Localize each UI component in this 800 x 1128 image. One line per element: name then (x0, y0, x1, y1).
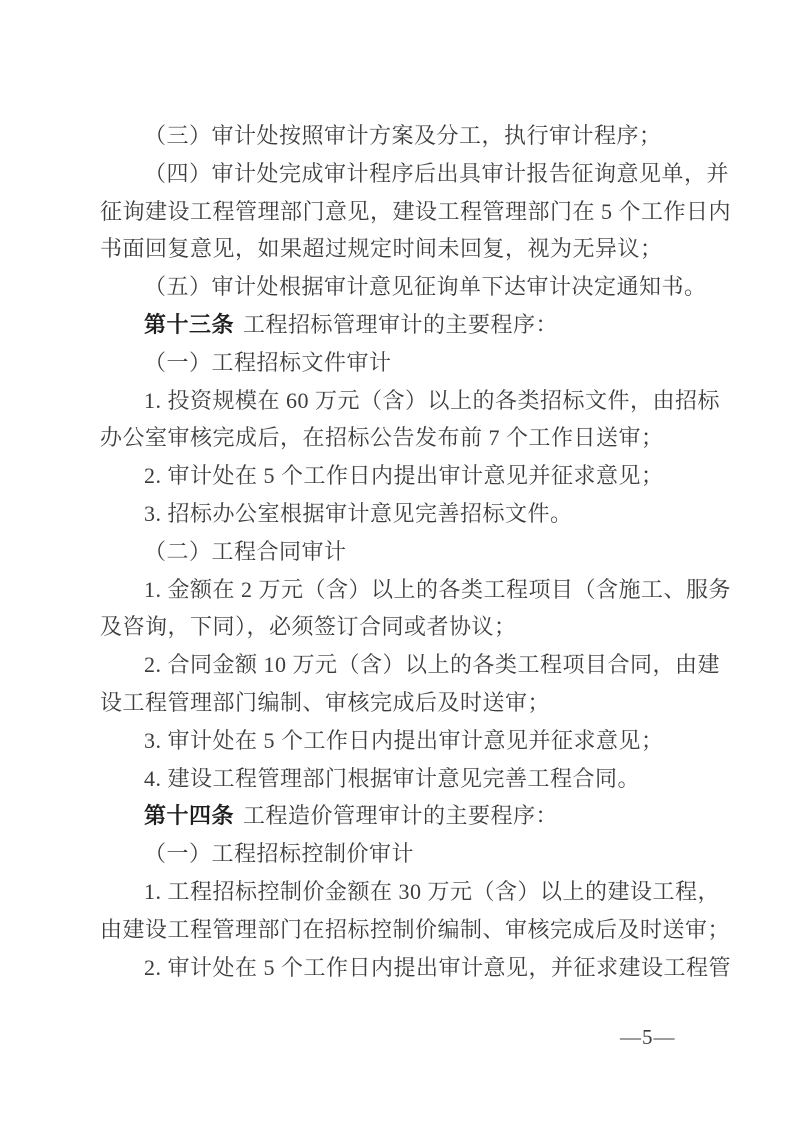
document-body: （三）审计处按照审计方案及分工，执行审计程序；（四）审计处完成审计程序后出具审计… (100, 117, 714, 986)
line-text: 工程造价管理审计的主要程序： (243, 803, 558, 828)
text-line: （三）审计处按照审计方案及分工，执行审计程序； (100, 117, 714, 155)
line-text: （五）审计处根据审计意见征询单下达审计决定通知书。 (144, 274, 707, 299)
text-line: 由建设工程管理部门在招标控制价编制、审核完成后及时送审； (100, 911, 714, 949)
text-line: 设工程管理部门编制、审核完成后及时送审； (100, 684, 714, 722)
article-number: 第十四条 (144, 803, 234, 828)
text-line: 办公室审核完成后，在招标公告发布前 7 个工作日送审； (100, 419, 714, 457)
line-text: （一）工程招标文件审计 (144, 350, 392, 375)
article-heading-line: 第十三条工程招标管理审计的主要程序： (100, 306, 714, 344)
line-text: 及咨询，下同），必须签订合同或者协议； (100, 614, 517, 639)
line-text: （三）审计处按照审计方案及分工，执行审计程序； (144, 123, 662, 148)
document-page: （三）审计处按照审计方案及分工，执行审计程序；（四）审计处完成审计程序后出具审计… (0, 0, 800, 1128)
text-line: （一）工程招标控制价审计 (100, 835, 714, 873)
text-line: 2. 审计处在 5 个工作日内提出审计意见，并征求建设工程管 (100, 949, 714, 987)
text-line: 及咨询，下同），必须签订合同或者协议； (100, 608, 714, 646)
text-line: 2. 合同金额 10 万元（含）以上的各类工程项目合同，由建 (100, 646, 714, 684)
line-text: 书面回复意见，如果超过规定时间未回复，视为无异议； (100, 236, 663, 261)
text-line: （五）审计处根据审计意见征询单下达审计决定通知书。 (100, 268, 714, 306)
text-line: 4. 建设工程管理部门根据审计意见完善工程合同。 (100, 760, 714, 798)
line-text: 办公室审核完成后，在招标公告发布前 7 个工作日送审； (100, 425, 664, 450)
article-heading-line: 第十四条工程造价管理审计的主要程序： (100, 797, 714, 835)
line-text: （二）工程合同审计 (144, 539, 347, 564)
text-line: 1. 金额在 2 万元（含）以上的各类工程项目（含施工、服务 (100, 571, 714, 609)
line-text: 3. 审计处在 5 个工作日内提出审计意见并征求意见； (144, 728, 664, 753)
line-text: （四）审计处完成审计程序后出具审计报告征询意见单，并 (144, 161, 729, 186)
text-line: 1. 投资规模在 60 万元（含）以上的各类招标文件，由招标 (100, 382, 714, 420)
article-number: 第十三条 (144, 312, 234, 337)
text-line: （二）工程合同审计 (100, 533, 714, 571)
text-line: （一）工程招标文件审计 (100, 344, 714, 382)
page-footer: —5— (620, 1025, 676, 1050)
line-text: （一）工程招标控制价审计 (144, 841, 414, 866)
page-number: —5— (620, 1025, 676, 1049)
text-line: （四）审计处完成审计程序后出具审计报告征询意见单，并 (100, 155, 714, 193)
line-text: 2. 审计处在 5 个工作日内提出审计意见并征求意见； (144, 463, 664, 488)
line-text: 征询建设工程管理部门意见，建设工程管理部门在 5 个工作日内 (100, 199, 731, 224)
text-line: 3. 审计处在 5 个工作日内提出审计意见并征求意见； (100, 722, 714, 760)
line-text: 2. 合同金额 10 万元（含）以上的各类工程项目合同，由建 (144, 652, 720, 677)
line-text: 1. 金额在 2 万元（含）以上的各类工程项目（含施工、服务 (144, 577, 731, 602)
line-text: 设工程管理部门编制、审核完成后及时送审； (100, 690, 550, 715)
text-line: 2. 审计处在 5 个工作日内提出审计意见并征求意见； (100, 457, 714, 495)
text-line: 征询建设工程管理部门意见，建设工程管理部门在 5 个工作日内 (100, 193, 714, 231)
line-text: 工程招标管理审计的主要程序： (243, 312, 558, 337)
line-text: 1. 工程招标控制价金额在 30 万元（含）以上的建设工程， (144, 879, 720, 904)
line-text: 4. 建设工程管理部门根据审计意见完善工程合同。 (144, 766, 640, 791)
text-line: 1. 工程招标控制价金额在 30 万元（含）以上的建设工程， (100, 873, 714, 911)
line-text: 由建设工程管理部门在招标控制价编制、审核完成后及时送审； (100, 917, 730, 942)
line-text: 1. 投资规模在 60 万元（含）以上的各类招标文件，由招标 (144, 388, 720, 413)
line-text: 3. 招标办公室根据审计意见完善招标文件。 (144, 501, 573, 526)
text-line: 3. 招标办公室根据审计意见完善招标文件。 (100, 495, 714, 533)
text-line: 书面回复意见，如果超过规定时间未回复，视为无异议； (100, 230, 714, 268)
line-text: 2. 审计处在 5 个工作日内提出审计意见，并征求建设工程管 (144, 955, 731, 980)
